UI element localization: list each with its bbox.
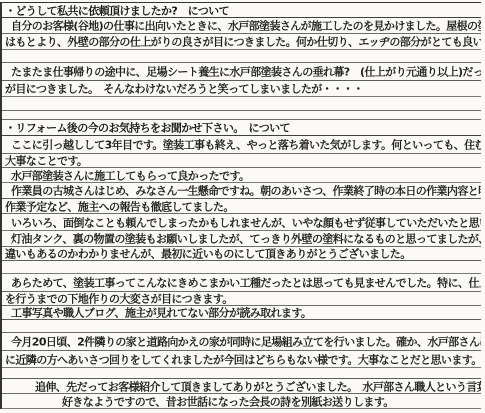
answer-row: 水戸部塗装さんに施工してもらって良かったです。 (2, 168, 481, 183)
row-text: ・リフォーム後の今のお気持ちをお聞かせ下さい。 について (2, 123, 290, 134)
empty-row (2, 50, 481, 63)
row-text: 灯油タンク、裏の物置の塗装もお願いしましたが、てっきり外壁の塗料になるものと思っ… (2, 234, 481, 245)
empty-row (2, 261, 481, 274)
postscript-row: 好きなようですので、昔お世話になった会長の詩を別紙お送りします。 (2, 394, 481, 409)
row-text: を行うまでの下地作りの大変さが目につきます。 (2, 294, 233, 305)
questionnaire-table: ・どうして私共に依頼頂けましたか? について自分のお客様(谷地)の仕事に出向いた… (0, 2, 481, 409)
answer-row: はもとより、外壁の部分の仕上がりの良さが目につきました。何か仕切り、エッヂの部分… (2, 34, 481, 50)
row-text: 作業予定など、施主への報告も徹底してました。 (2, 201, 234, 212)
question-row: ・どうして私共に依頼頂けましたか? について (2, 3, 481, 18)
empty-row (2, 97, 481, 111)
row-text: あらためて、塗装工事ってこんなにきめこまかい工種だったとは思っても見ませんでした… (2, 278, 481, 289)
answer-row: が目につきました。 そんなわけないだろうと笑ってしまいましたが・・・・ (2, 81, 481, 97)
answer-row: いろいろ、面倒なことも頼んでしまったかもしれませんが、いやな顔もせず従事していた… (2, 214, 481, 231)
row-text: が目につきました。 そんなわけないだろうと笑ってしまいましたが・・・・ (2, 84, 363, 95)
row-text: 作業員の古城さんはじめ、みなさん一生懸命ですね。朝のあいさつ、作業終了時の本日の… (2, 186, 481, 197)
row-text: 今月20日頃、2件隣りの家と道路向かえの家が同時に足場組み立てを行いました。確か… (2, 337, 481, 348)
row-text: 違いもあるのかわかりませんが、最初に近いものにして頂きありがとうございました。 (2, 249, 411, 260)
empty-row (2, 111, 481, 120)
answer-row: 大事なことです。 (2, 154, 481, 168)
row-text: ・どうして私共に依頼頂けましたか? について (2, 5, 229, 16)
row-text: 水戸部塗装さんに施工してもらって良かったです。 (2, 170, 249, 181)
answer-row: 自分のお客様(谷地)の仕事に出向いたときに、水戸部塗装さんが施工したのを見かけま… (2, 18, 481, 34)
answer-row: 工事写真や職人ブログ、施主が見れてない部分が読み取れます。 (2, 306, 481, 320)
answer-row: 違いもあるのかわかりませんが、最初に近いものにして頂きありがとうございました。 (2, 247, 481, 261)
postscript-row: 追伸、先だってお客様紹介して頂きましてありがとうございました。 水戸部さん職人と… (2, 379, 481, 394)
question-row: ・リフォーム後の今のお気持ちをお聞かせ下さい。 について (2, 120, 481, 136)
row-text: 大事なことです。 (2, 156, 87, 167)
row-text: はもとより、外壁の部分の仕上がりの良さが目につきました。何か仕切り、エッヂの部分… (2, 37, 481, 48)
row-text: ここに引っ越しして3年目です。塗装工事も終え、やっと落ち着いた気がします。何とい… (2, 140, 481, 151)
answer-row: を行うまでの下地作りの大変さが目につきます。 (2, 292, 481, 306)
answer-row: ここに引っ越しして3年目です。塗装工事も終え、やっと落ち着いた気がします。何とい… (2, 136, 481, 154)
row-text: いろいろ、面倒なことも頼んでしまったかもしれませんが、いやな顔もせず従事していた… (2, 217, 481, 228)
empty-row (2, 368, 481, 379)
answer-row: に近隣の方へあいさつ回りをしてくれましたが今回はどちらもない様です。大事なことだ… (2, 351, 481, 368)
row-text: 工事写真や職人ブログ、施主が見れてない部分が読み取れます。 (2, 308, 311, 319)
row-text: に近隣の方へあいさつ回りをしてくれましたが今回はどちらもない様です。大事なことだ… (2, 354, 481, 365)
answer-row: 今月20日頃、2件隣りの家と道路向かえの家が同時に足場組み立てを行いました。確か… (2, 333, 481, 351)
empty-row (2, 320, 481, 333)
row-text: 自分のお客様(谷地)の仕事に出向いたときに、水戸部塗装さんが施工したのを見かけま… (2, 21, 481, 32)
row-text: 追伸、先だってお客様紹介して頂きましてありがとうございました。 水戸部さん職人と… (2, 381, 481, 392)
answer-row: 作業員の古城さんはじめ、みなさん一生懸命ですね。朝のあいさつ、作業終了時の本日の… (2, 183, 481, 199)
answer-row: あらためて、塗装工事ってこんなにきめこまかい工種だったとは思っても見ませんでした… (2, 274, 481, 292)
answer-row: 作業予定など、施主への報告も徹底してました。 (2, 199, 481, 214)
row-text: たまたま仕事帰りの途中に、足場シート養生に水戸部塗装さんの垂れ幕? (仕上がり元… (2, 67, 481, 78)
row-text: 好きなようですので、昔お世話になった会長の詩を別紙お送りします。 (2, 396, 394, 407)
answer-row: 灯油タンク、裏の物置の塗装もお願いしましたが、てっきり外壁の塗料になるものと思っ… (2, 231, 481, 247)
answer-row: たまたま仕事帰りの途中に、足場シート養生に水戸部塗装さんの垂れ幕? (仕上がり元… (2, 63, 481, 81)
